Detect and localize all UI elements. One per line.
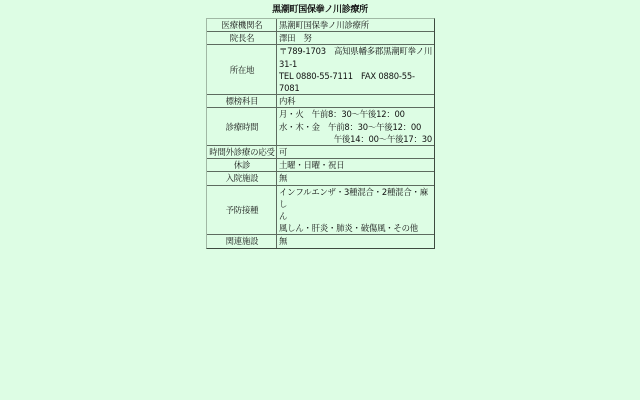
address-line: 〒789-1703 高知県幡多郡黒潮町拳ノ川 [279, 45, 433, 57]
row-label: 入院施設 [207, 171, 276, 184]
row-label: 標榜科目 [207, 94, 276, 107]
related-facilities-value: 無 [276, 234, 434, 247]
after-hours-value: 可 [276, 145, 434, 158]
table-row-related-facilities: 関連施設 無 [207, 234, 434, 247]
value-line: 黒潮町国保拳ノ川診療所 [279, 19, 433, 31]
closed-days-value: 土曜・日曜・祝日 [276, 158, 434, 171]
table-row-hours: 診療時間 月・火 午前8：30～午後12：00 水・木・金 午前8：30～午後1… [207, 107, 434, 145]
row-label: 院長名 [207, 31, 276, 44]
row-label: 関連施設 [207, 234, 276, 247]
clinic-info-table: 医療機関名 黒潮町国保拳ノ川診療所 院長名 澤田 努 所在地 〒789-1703… [206, 18, 435, 249]
table-row-closed-days: 休診 土曜・日曜・祝日 [207, 158, 434, 171]
inpatient-value: 無 [276, 171, 434, 184]
address-value: 〒789-1703 高知県幡多郡黒潮町拳ノ川 31-1 TEL 0880-55-… [276, 44, 434, 94]
row-label: 休診 [207, 158, 276, 171]
row-label: 医療機関名 [207, 19, 276, 31]
page-title: 黒潮町国保拳ノ川診療所 [0, 4, 640, 16]
table-row-institution-name: 医療機関名 黒潮町国保拳ノ川診療所 [207, 19, 434, 31]
row-label: 予防接種 [207, 185, 276, 235]
vaccination-line: インフルエンザ・3種混合・2種混合・麻し [279, 186, 433, 210]
hours-line: 月・火 午前8：30～午後12：00 [279, 108, 433, 120]
phone-fax-line: TEL 0880-55-7111 FAX 0880-55- [279, 70, 433, 82]
value-line: 澤田 努 [279, 32, 433, 44]
institution-name-value: 黒潮町国保拳ノ川診療所 [276, 19, 434, 31]
table-row-departments: 標榜科目 内科 [207, 94, 434, 107]
phone-fax-line: 7081 [279, 82, 433, 94]
row-label: 時間外診療の応受 [207, 145, 276, 158]
vaccination-line: 風しん・肝炎・肺炎・破傷風・その他 [279, 222, 433, 234]
table-row-inpatient: 入院施設 無 [207, 171, 434, 184]
hours-line: 水・木・金 午前8：30～午後12：00 [279, 121, 433, 133]
table-row-after-hours: 時間外診療の応受 可 [207, 145, 434, 158]
row-label: 診療時間 [207, 107, 276, 145]
hours-line: 午後14：00～午後17：30 [279, 133, 433, 145]
vaccinations-value: インフルエンザ・3種混合・2種混合・麻し ん 風しん・肝炎・肺炎・破傷風・その他 [276, 185, 434, 235]
table-row-address: 所在地 〒789-1703 高知県幡多郡黒潮町拳ノ川 31-1 TEL 0880… [207, 44, 434, 94]
vaccination-line: ん [279, 210, 433, 222]
value-line: 土曜・日曜・祝日 [279, 159, 433, 171]
value-line: 内科 [279, 95, 433, 107]
value-line: 可 [279, 146, 433, 158]
value-line: 無 [279, 172, 433, 184]
table-row-director: 院長名 澤田 努 [207, 31, 434, 44]
row-label: 所在地 [207, 44, 276, 94]
departments-value: 内科 [276, 94, 434, 107]
value-line: 無 [279, 235, 433, 247]
director-value: 澤田 努 [276, 31, 434, 44]
address-line: 31-1 [279, 58, 433, 70]
table-row-vaccinations: 予防接種 インフルエンザ・3種混合・2種混合・麻し ん 風しん・肝炎・肺炎・破傷… [207, 185, 434, 235]
hours-value: 月・火 午前8：30～午後12：00 水・木・金 午前8：30～午後12：00 … [276, 107, 434, 145]
